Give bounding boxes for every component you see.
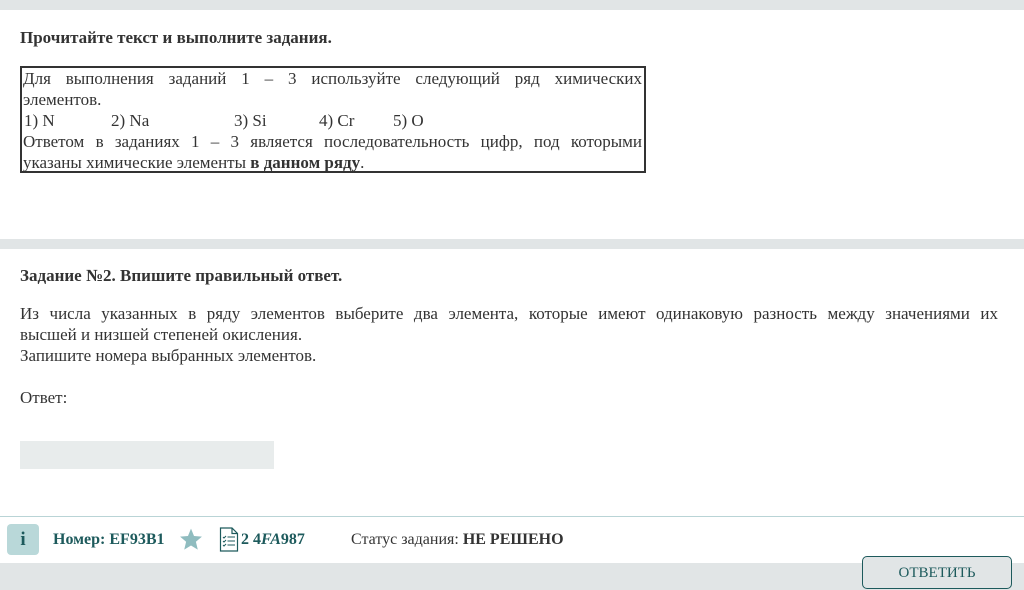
document-code-italic: FA xyxy=(261,531,281,548)
intro-line-4-emphasis: в данном ряду xyxy=(250,153,360,172)
intro-line-4-text: указаны химические элементы xyxy=(23,153,250,172)
element-1: 1) N xyxy=(24,110,55,131)
task-text-line-3: Запишите номера выбранных элементов. xyxy=(20,345,998,366)
task-text: Из числа указанных в ряду элементов выбе… xyxy=(20,303,998,366)
submit-answer-button[interactable]: ОТВЕТИТЬ xyxy=(862,556,1012,589)
star-icon[interactable] xyxy=(178,527,204,552)
document-code-prefix: 2 4 xyxy=(241,531,261,548)
element-5: 5) O xyxy=(393,110,424,131)
intro-line-3: Ответом в заданиях 1 – 3 является послед… xyxy=(23,131,642,152)
status-label: Статус задания: xyxy=(351,531,463,548)
document-code[interactable]: 2 4FA987 xyxy=(241,530,305,550)
element-4: 4) Cr xyxy=(319,110,354,131)
task-heading: Задание №2. Впишите правильный ответ. xyxy=(20,266,342,286)
intro-line-4-end: . xyxy=(360,153,364,172)
task-text-line-1: Из числа указанных в ряду элементов выбе… xyxy=(20,303,998,324)
answer-label: Ответ: xyxy=(20,388,67,408)
task-number: Номер: EF93B1 xyxy=(53,530,164,550)
task-text-line-2: высшей и низшей степеней окисления. xyxy=(20,324,998,345)
intro-text-box: Для выполнения заданий 1 – 3 используйте… xyxy=(20,66,646,173)
element-2: 2) Na xyxy=(111,110,149,131)
footer-divider xyxy=(0,516,1024,517)
status-value: НЕ РЕШЕНО xyxy=(463,531,564,548)
task-status: Статус задания: НЕ РЕШЕНО xyxy=(351,530,564,550)
element-3: 3) Si xyxy=(234,110,267,131)
document-code-suffix: 987 xyxy=(281,531,305,548)
top-band xyxy=(0,0,1024,10)
info-button[interactable]: i xyxy=(7,524,39,555)
intro-line-2: элементов. xyxy=(23,89,644,110)
checklist-document-icon[interactable] xyxy=(219,527,239,552)
intro-heading: Прочитайте текст и выполните задания. xyxy=(20,28,332,48)
elements-row: 1) N 2) Na 3) Si 4) Cr 5) O xyxy=(23,110,644,131)
answer-input[interactable] xyxy=(20,441,274,469)
intro-line-1: Для выполнения заданий 1 – 3 используйте… xyxy=(23,68,642,89)
section-divider xyxy=(0,239,1024,249)
info-icon: i xyxy=(20,529,25,550)
intro-line-4: указаны химические элементы в данном ряд… xyxy=(23,152,644,173)
